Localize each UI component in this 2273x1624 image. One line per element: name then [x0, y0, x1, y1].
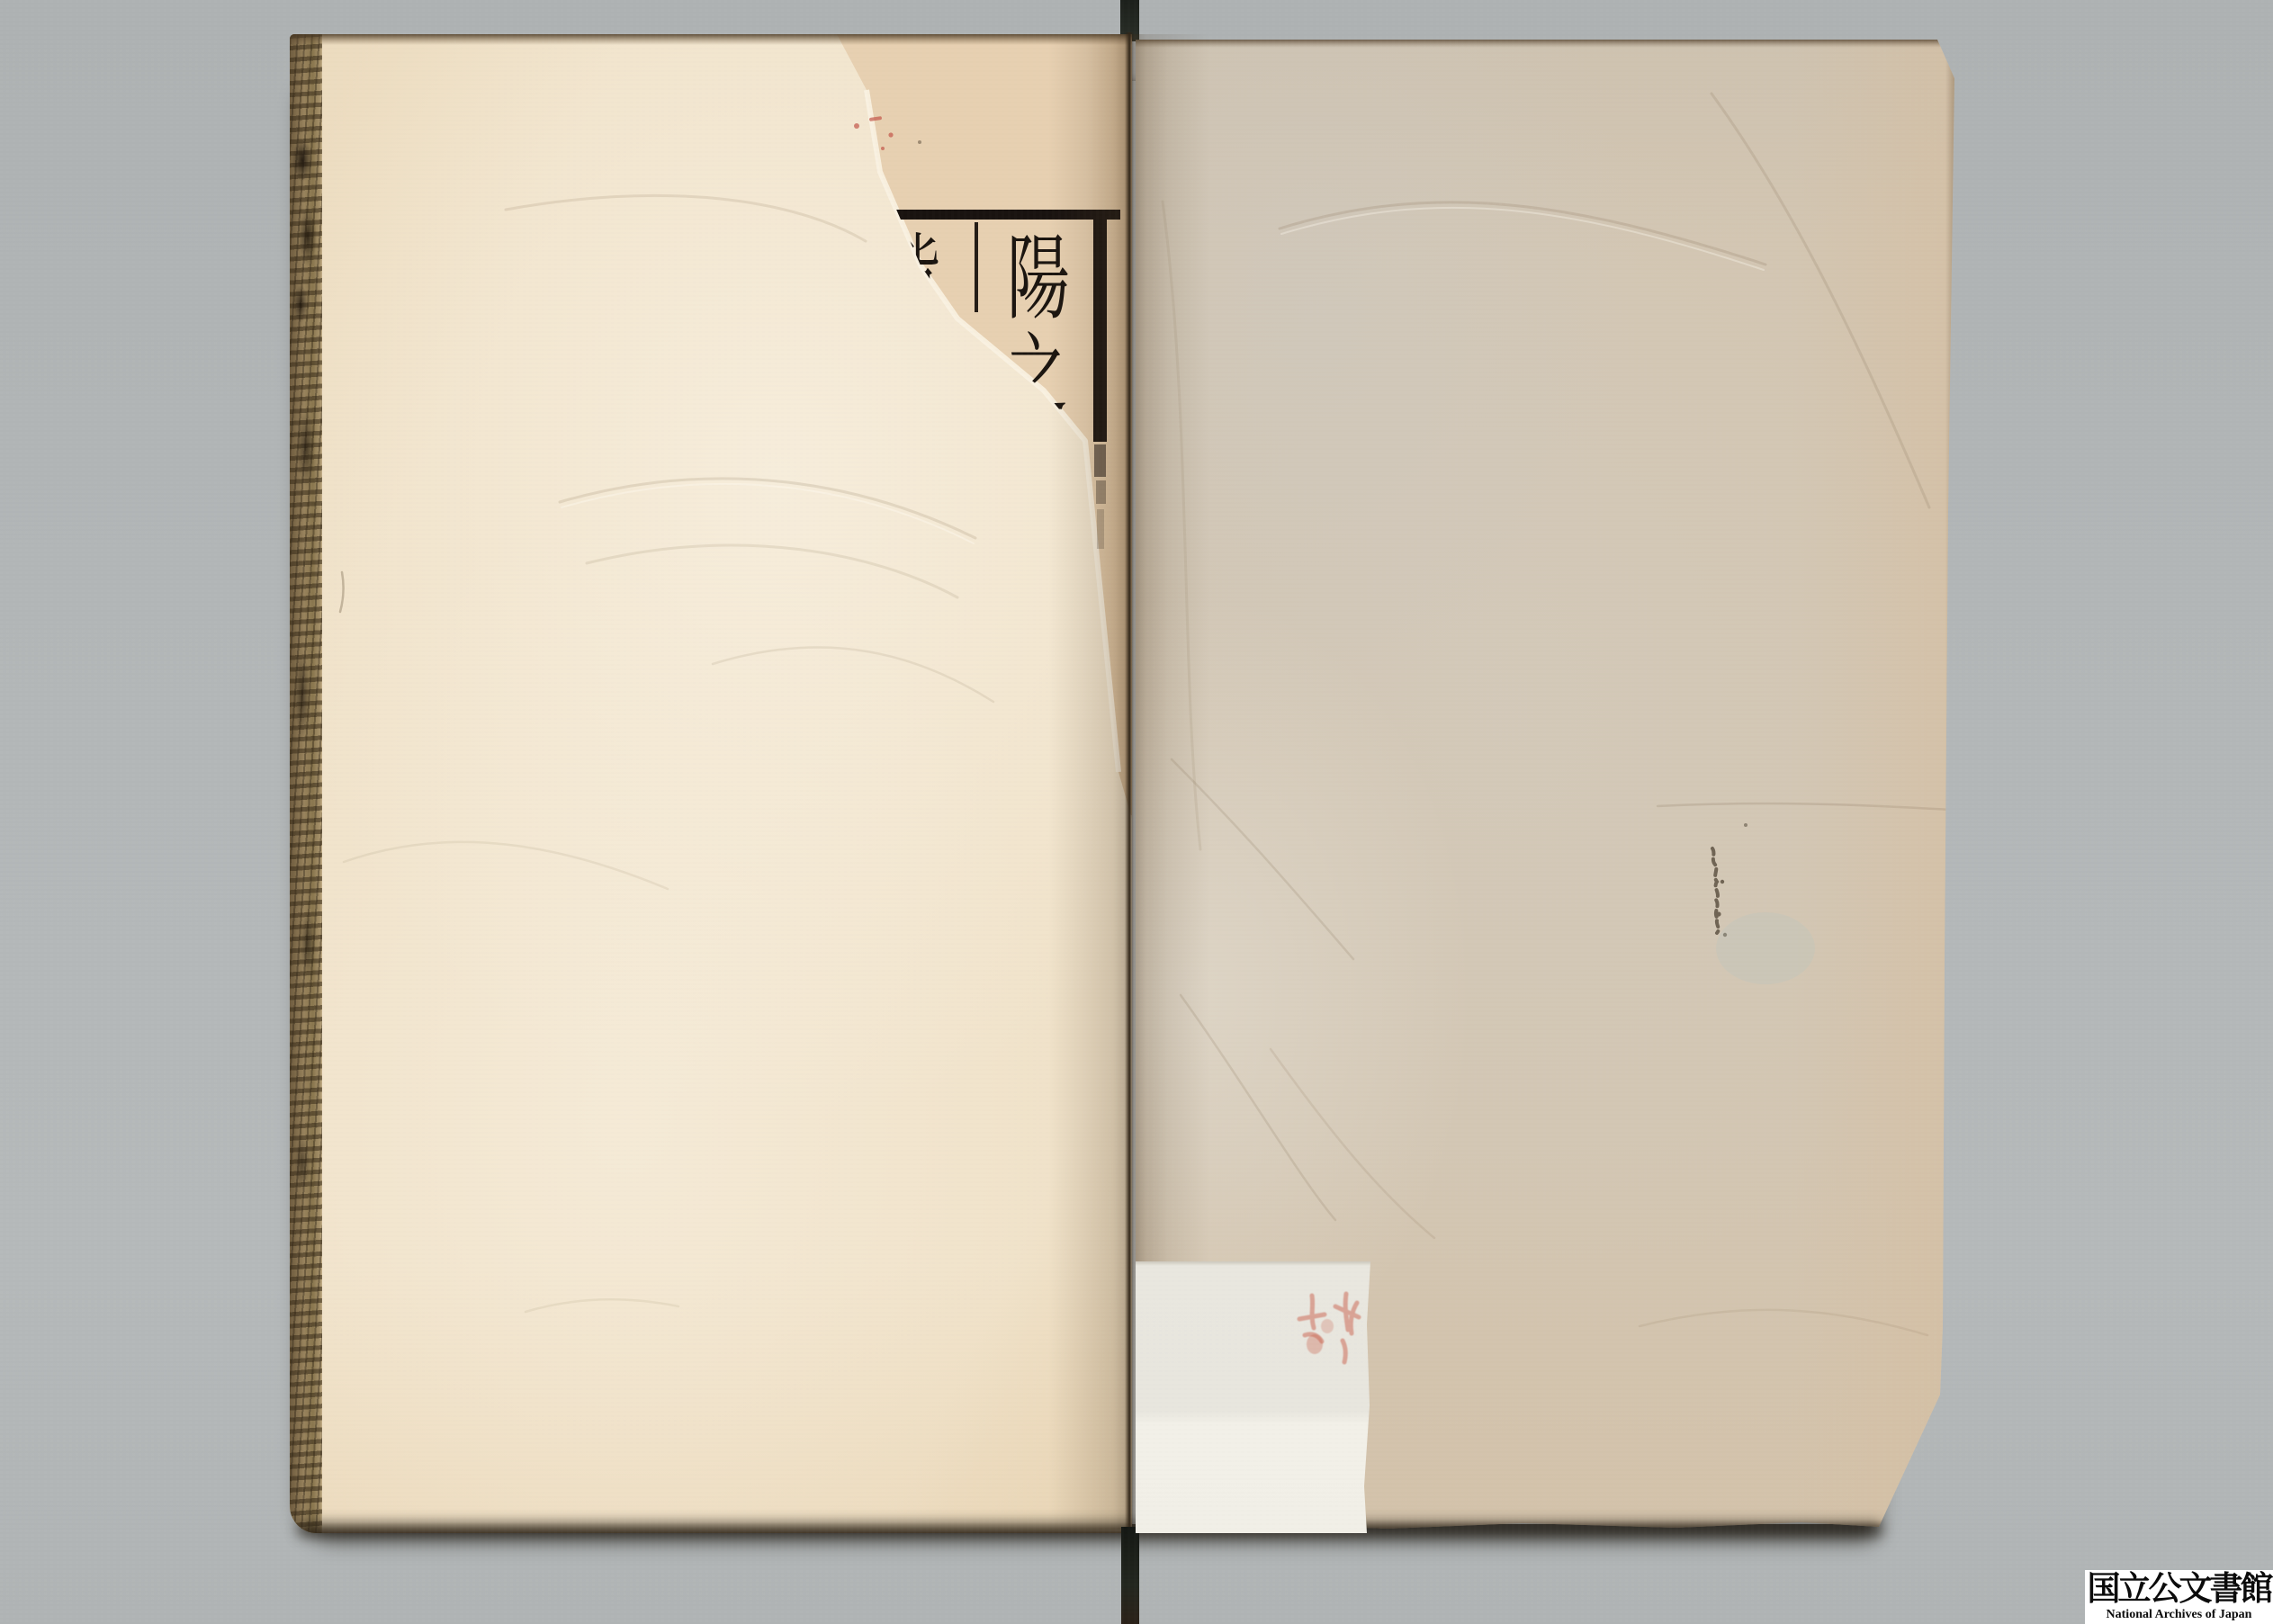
printed-frame-smudge-1 [1096, 480, 1106, 504]
scanner-backdrop-strip-bottom [1121, 1527, 1139, 1624]
scanned-book-spread: 陽 之 皆 [0, 0, 2273, 1624]
white-repair-patch [1136, 1261, 1370, 1533]
faint-stain [1716, 912, 1815, 984]
spine-edge [290, 34, 322, 1533]
right-page-fore-edge [1945, 40, 1954, 1530]
printed-frame-top-bar [894, 210, 1120, 220]
printed-frame-smudge-2 [1097, 509, 1104, 549]
watermark-box: 国立公文書館 National Archives of Japan [2085, 1570, 2273, 1624]
watermark-subtitle: National Archives of Japan [2085, 1608, 2273, 1621]
red-seal-stamp [1287, 1288, 1368, 1371]
kanji-character-yo: 陽 [1007, 229, 1070, 331]
kanji-character-kai: 皆 [886, 229, 940, 315]
watermark-title: 国立公文書館 [2085, 1571, 2273, 1608]
bottom-shadow-band [297, 1522, 1882, 1537]
torn-print-fragment: 陽 之 皆 [837, 34, 1132, 819]
printed-frame-right-bar [1093, 210, 1107, 442]
printed-frame-right-bar-faded [1094, 444, 1106, 477]
left-page-wrinkles [340, 195, 993, 1312]
left-page-artwork: 陽 之 皆 [290, 34, 1132, 1533]
right-page-wrinkles [1163, 94, 1951, 1335]
page-gutter [1125, 32, 1134, 1531]
printed-column-rule [975, 222, 978, 312]
left-page: 陽 之 皆 [290, 34, 1132, 1533]
